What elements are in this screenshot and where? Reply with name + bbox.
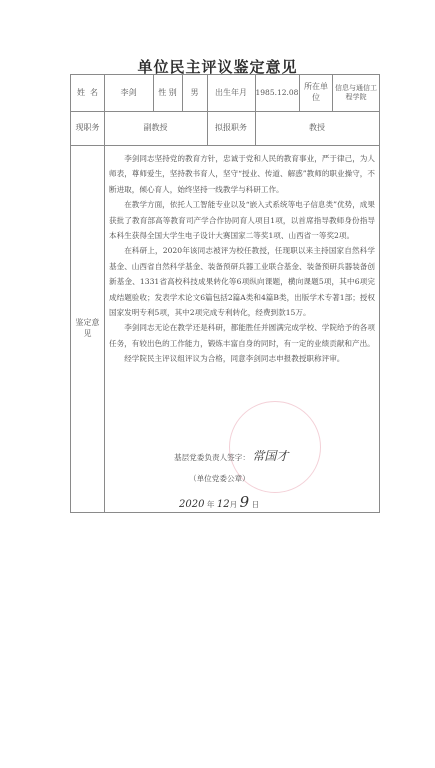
proposed-position-value: 教授: [255, 111, 379, 145]
birth-value: 1985.12.08: [255, 75, 299, 111]
year-unit: 年: [207, 500, 215, 509]
unit-value: 信息与通信工程学院: [335, 79, 377, 107]
signature-label: 基层党委负责人签字：: [174, 453, 250, 462]
opinion-label: 鉴定意见: [75, 145, 100, 512]
handwritten-signature: 常国才: [252, 449, 288, 463]
unit-label: 所在单位: [303, 79, 329, 107]
gender-value: 男: [182, 75, 207, 111]
signing-date: 2020 年 12月 9 日: [179, 493, 259, 511]
date-year: 2020: [179, 499, 204, 510]
current-position-value: 副教授: [104, 111, 207, 145]
name-value: 李剑: [104, 75, 153, 111]
opinion-paragraph: 在科研上，2020年该同志被评为校任教授，任现职以来主持国家自然科学基金、山西省…: [109, 243, 375, 320]
appraisal-table: 姓 名 李剑 性 别 男 出生年月 1985.12.08 所在单位 信息与通信工…: [70, 74, 380, 513]
row-divider: [71, 145, 379, 146]
col-divider: [299, 75, 300, 111]
date-month: 12: [217, 499, 230, 510]
name-label: 姓 名: [71, 75, 104, 111]
birth-label: 出生年月: [207, 75, 255, 111]
seal-note: （单位党委公章）: [189, 473, 250, 484]
opinion-paragraph: 李剑同志坚持党的教育方针，忠诚于党和人民的教育事业，严于律己，为人师表，尊师爱生…: [109, 151, 375, 197]
current-position-label: 现职务: [71, 111, 104, 145]
opinion-text: 李剑同志坚持党的教育方针，忠诚于党和人民的教育事业，严于律己，为人师表，尊师爱生…: [109, 151, 375, 367]
col-divider: [332, 75, 333, 111]
date-day: 9: [240, 493, 250, 511]
day-unit: 日: [252, 500, 260, 509]
month-unit: 月: [230, 500, 238, 509]
proposed-position-label: 拟报职务: [207, 111, 255, 145]
opinion-paragraph: 在教学方面，依托人工智能专业以及“嵌入式系统等电子信息类”优势，成果获批了教育部…: [109, 197, 375, 243]
signature-line: 基层党委负责人签字： 常国才: [174, 447, 288, 464]
gender-label: 性 别: [153, 75, 182, 111]
opinion-paragraph: 李剑同志无论在教学还是科研，都能胜任并圆满完成学校、学院给予的各项任务，有较出色…: [109, 320, 375, 351]
opinion-paragraph: 经学院民主评议组评议为合格，同意李剑同志申报教授职称评审。: [109, 351, 375, 366]
